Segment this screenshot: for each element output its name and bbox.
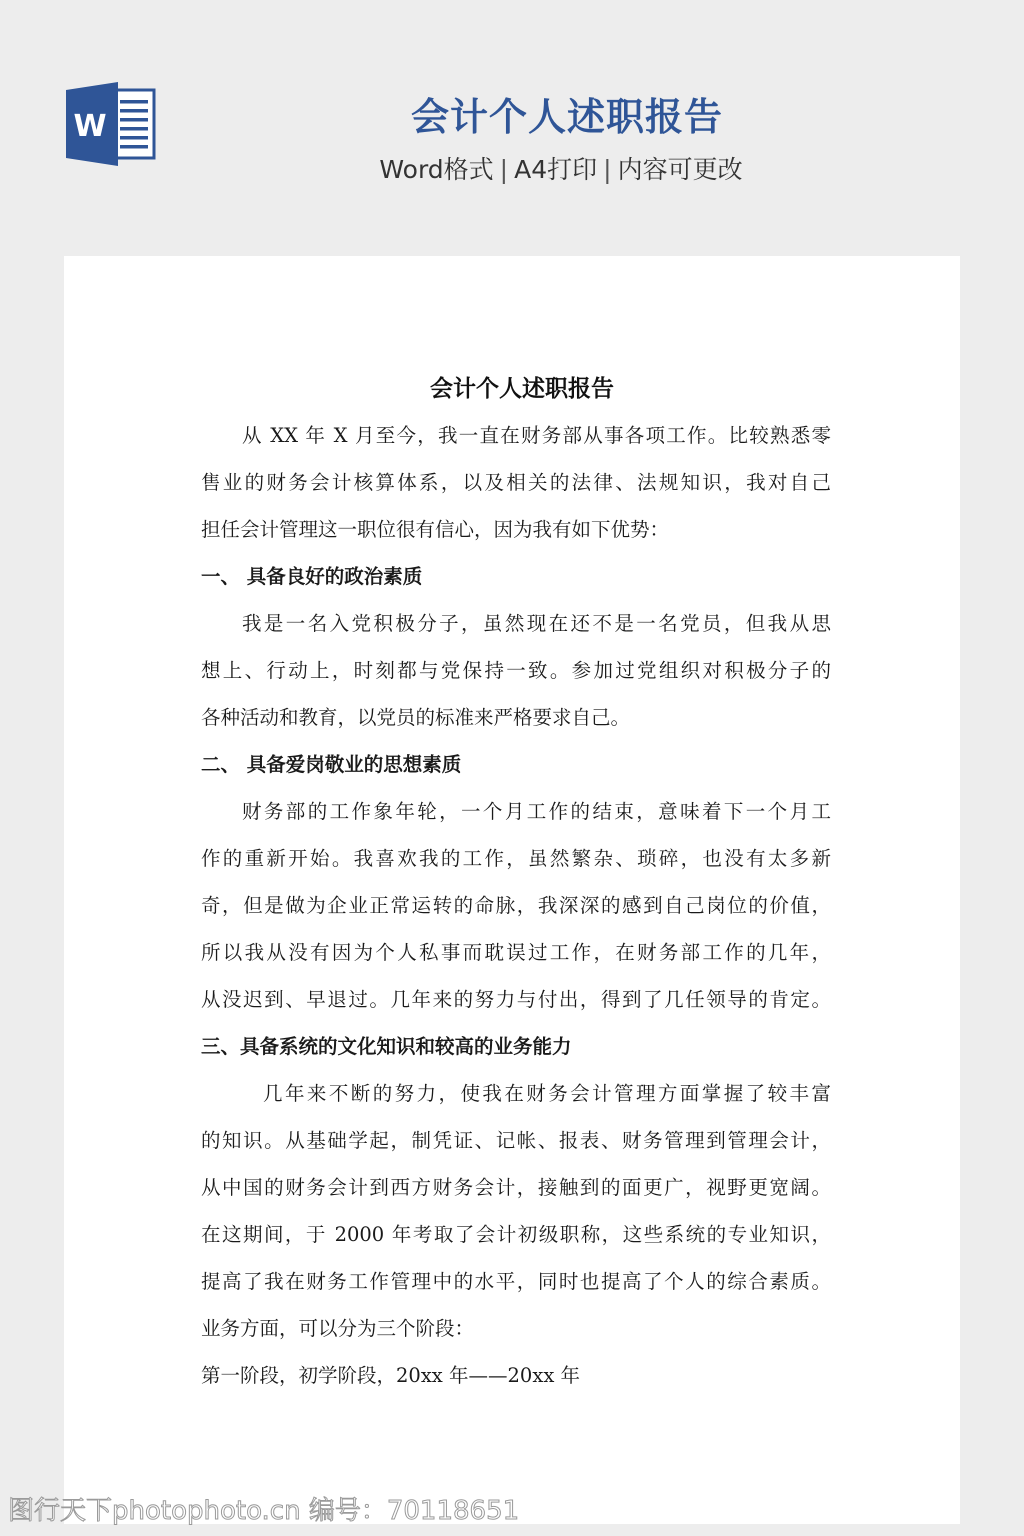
header-title: 会计个人述职报告 [0,92,1024,142]
document-page: 会计个人述职报告 从 XX 年 X 月至今，我一直在财务部从事各项工作。比较熟悉… [64,256,960,1524]
paragraph-line: 的知识。从基础学起，制凭证、记帐、报表、财务管理到管理会计， [201,1126,831,1156]
paragraph-line: 担任会计管理这一职位很有信心，因为我有如下优势： [201,515,831,545]
paragraph-line: 奇，但是做为企业正常运转的命脉，我深深的感到自己岗位的价值， [201,891,831,921]
subtitle-print: A4打印 [514,155,597,184]
paragraph-line: 从没迟到、早退过。几年来的努力与付出，得到了几任领导的肯定。 [201,985,831,1015]
section-heading: 二、 具备爱岗敬业的思想素质 [201,750,831,780]
separator: | [500,155,508,184]
paragraph-line: 想上、行动上，时刻都与党保持一致。参加过党组织对积极分子的 [201,656,831,686]
paragraph-line: 第一阶段，初学阶段，20xx 年——20xx 年 [201,1361,831,1391]
subtitle-editable: 内容可更改 [618,155,743,184]
paragraph-line: 几年来不断的努力，使我在财务会计管理方面掌握了较丰富 [201,1079,831,1109]
subtitle-format: Word格式 [379,155,493,184]
paragraph-line: 所以我从没有因为个人私事而耽误过工作，在财务部工作的几年， [201,938,831,968]
section-heading: 一、 具备良好的政治素质 [201,562,831,592]
paragraph-line: 各种活动和教育，以党员的标准来严格要求自己。 [201,703,831,733]
paragraph-line: 售业的财务会计核算体系，以及相关的法律、法规知识，我对自己 [201,468,831,498]
paragraph-line: 财务部的工作象年轮，一个月工作的结束，意味着下一个月工 [201,797,831,827]
paragraph-line: 我是一名入党积极分子，虽然现在还不是一名党员，但我从思 [201,609,831,639]
paragraph-line: 在这期间，于 2000 年考取了会计初级职称，这些系统的专业知识， [201,1220,831,1250]
watermark: 图行天下photophoto.cn 编号：70118651 [8,1490,519,1527]
paragraph-line: 从 XX 年 X 月至今，我一直在财务部从事各项工作。比较熟悉零 [201,421,831,451]
paragraph-line: 业务方面，可以分为三个阶段： [201,1314,831,1344]
section-heading: 三、具备系统的文化知识和较高的业务能力 [201,1032,831,1062]
paragraph-line: 提高了我在财务工作管理中的水平，同时也提高了个人的综合素质。 [201,1267,831,1297]
paragraph-line: 从中国的财务会计到西方财务会计，接触到的面更广，视野更宽阔。 [201,1173,831,1203]
document-title: 会计个人述职报告 [64,371,960,407]
separator: | [603,155,611,184]
paragraph-line: 作的重新开始。我喜欢我的工作，虽然繁杂、琐碎，也没有太多新 [201,844,831,874]
header-subtitle: Word格式|A4打印|内容可更改 [0,152,1024,188]
